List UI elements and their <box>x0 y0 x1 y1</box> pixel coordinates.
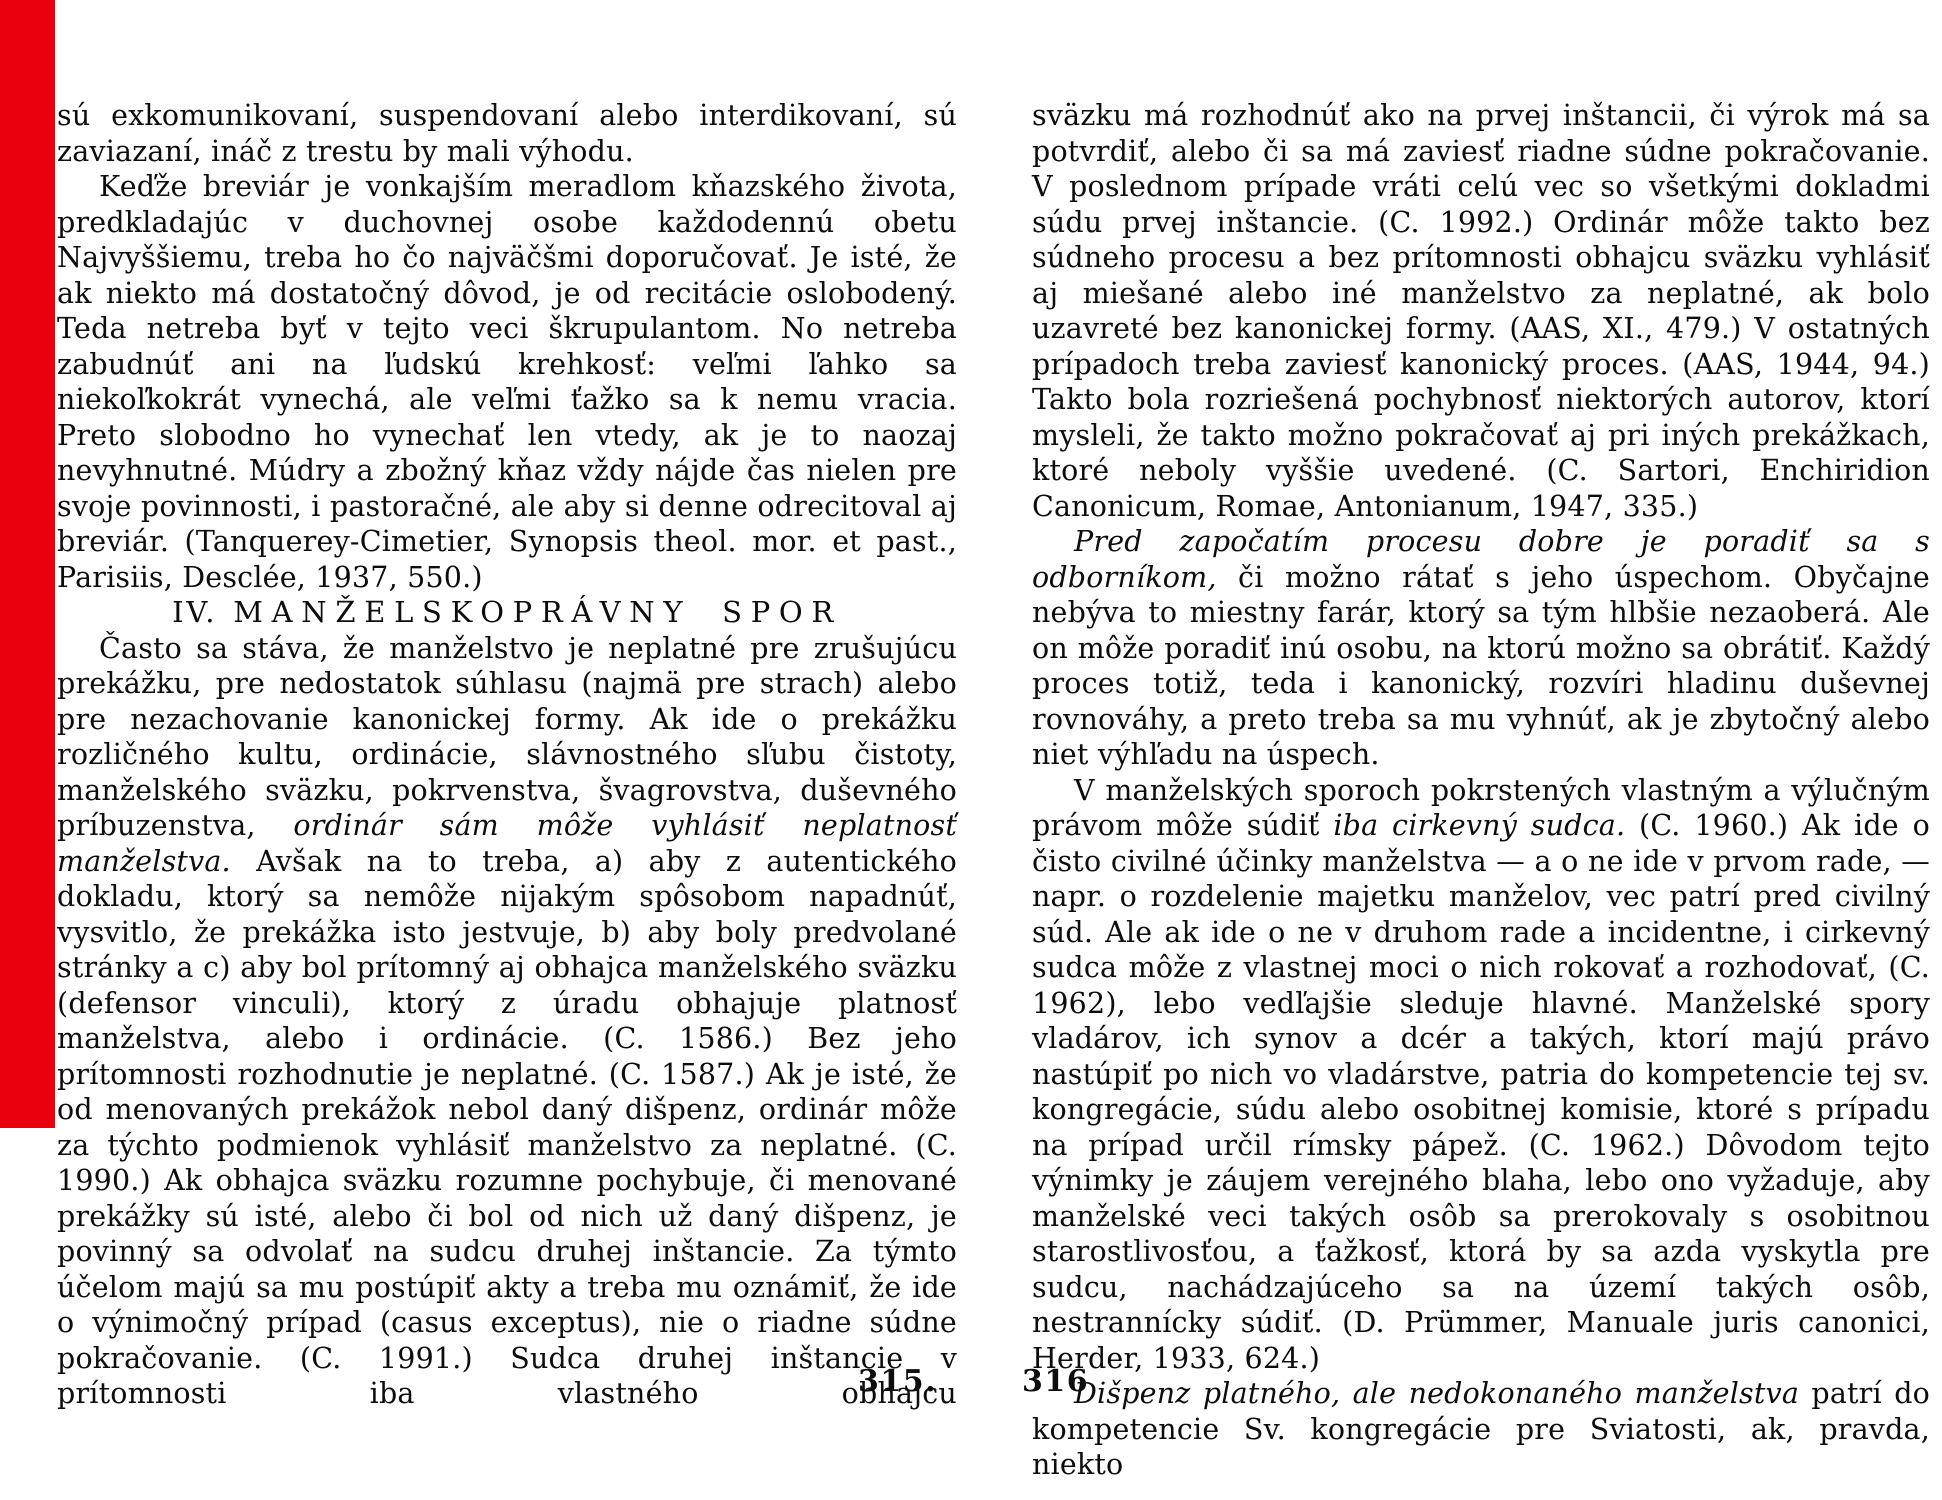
left-page-text-column: sú exkomunikovaní, suspendovaní alebo in… <box>57 98 957 1412</box>
red-margin-stripe <box>0 0 55 1128</box>
paragraph-spor: Často sa stáva, že manželstvo je neplatn… <box>57 631 957 1412</box>
paragraph-continuation: sú exkomunikovaní, suspendovaní alebo in… <box>57 98 957 169</box>
page-number-left: 315. <box>858 1364 937 1399</box>
right-page-text-column: sväzku má rozhodnúť ako na prvej inštanc… <box>1032 98 1930 1483</box>
paragraph-spory-run-2-italic: iba cirkevný sudca. <box>1333 809 1625 842</box>
paragraph-spory: V manželských sporoch pokrstených vlastn… <box>1032 773 1930 1377</box>
section-heading-number: IV. <box>172 595 217 629</box>
book-spread-scan: { "document": { "kind": "printed-book-sp… <box>0 0 1942 1500</box>
paragraph-spor-run-3: Avšak na to treba, a) aby z autentického… <box>57 845 957 1411</box>
paragraph-breviar: Keďže breviár je vonkajším meradlom kňaz… <box>57 169 957 595</box>
paragraph-pred-zacatim: Pred započatím procesu dobre je poradiť … <box>1032 524 1930 773</box>
section-heading: IV.MANŽELSKOPRÁVNY SPOR <box>57 595 957 631</box>
paragraph-dispenz-run-1-italic: Dišpenz platného, ale nedokonaného manže… <box>1074 1377 1799 1410</box>
paragraph-dispenz: Dišpenz platného, ale nedokonaného manže… <box>1032 1376 1930 1483</box>
section-heading-title: MANŽELSKOPRÁVNY SPOR <box>233 595 842 629</box>
paragraph-continuation: sväzku má rozhodnúť ako na prvej inštanc… <box>1032 98 1930 524</box>
page-number-right: 316 <box>1022 1364 1089 1399</box>
paragraph-spory-run-3: (C. 1960.) Ak ide o čisto civilné účinky… <box>1032 809 1930 1375</box>
